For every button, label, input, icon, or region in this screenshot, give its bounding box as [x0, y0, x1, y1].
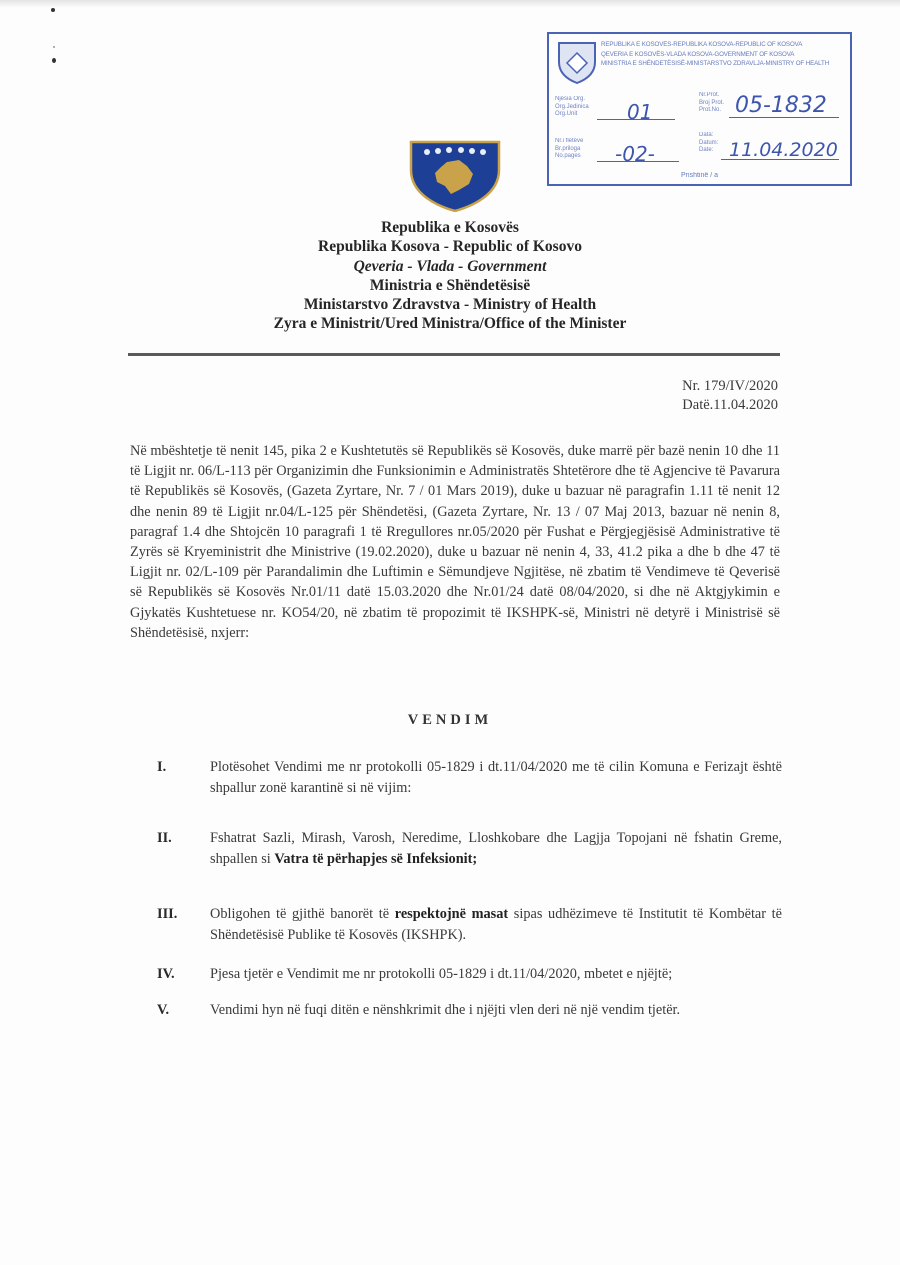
item-text: Obligohen të gjithë banorët të respektoj… [210, 904, 782, 945]
letterhead-line: Zyra e Ministrit/Ured Ministra/Office of… [0, 314, 900, 333]
item-emphasis: Vatra të përhapjes së Infeksionit; [274, 851, 477, 867]
registry-stamp: REPUBLIKA E KOSOVËS-REPUBLIKA KOSOVA-REP… [547, 32, 852, 186]
letterhead-line: Republika Kosova - Republic of Kosovo [0, 237, 900, 256]
stamp-city: Prishtinë / a [549, 172, 850, 179]
org-unit-labels: Njësia Org. Org.Jedinica Org.Unit [555, 96, 589, 119]
stamp-date: 11.04.2020 [729, 140, 838, 160]
letterhead-line: Qeveria - Vlada - Government [0, 257, 900, 276]
date-labels: Data: Datum: Date: [699, 132, 718, 155]
decision-item: IV. Pjesa tjetër e Vendimit me nr protok… [157, 964, 782, 985]
item-text: Vendimi hyn në fuqi ditën e nënshkrimit … [210, 1000, 782, 1021]
reference-number: Nr. 179/IV/2020 [682, 377, 778, 396]
decision-item: II. Fshatrat Sazli, Mirash, Varosh, Nere… [157, 828, 782, 869]
item-text: Pjesa tjetër e Vendimit me nr protokolli… [210, 964, 782, 985]
decision-item: I. Plotësohet Vendimi me nr protokolli 0… [157, 757, 782, 798]
scan-speck [53, 46, 55, 48]
scan-speck [52, 58, 56, 63]
attachments-value: -02- [615, 144, 655, 164]
stamp-header: REPUBLIKA E KOSOVËS-REPUBLIKA KOSOVA-REP… [601, 40, 849, 69]
header-divider [128, 353, 780, 356]
letterhead-line: Ministria e Shëndetësisë [0, 276, 900, 295]
kosovo-coat-of-arms-icon [407, 140, 503, 212]
item-number: V. [157, 1000, 169, 1021]
scan-speck [51, 8, 55, 12]
decision-item: III. Obligohen të gjithë banorët të resp… [157, 904, 782, 945]
item-text: Plotësohet Vendimi me nr protokolli 05-1… [210, 757, 782, 798]
item-text: Fshatrat Sazli, Mirash, Varosh, Neredime… [210, 828, 782, 869]
item-number: IV. [157, 964, 175, 985]
document-reference: Nr. 179/IV/2020 Datë.11.04.2020 [682, 377, 778, 415]
item-emphasis: respektojnë masat [395, 906, 508, 922]
letterhead: Republika e Kosovës Republika Kosova - R… [0, 218, 900, 334]
page-top-shadow [0, 0, 900, 8]
attachments-labels: Nr.i fletëve Br.priloga No.pages [555, 138, 583, 161]
kosovo-emblem-icon [557, 40, 597, 84]
protocol-labels: Nr.Prot. Broj Prot. Prot.No. [699, 92, 724, 115]
legal-preamble: Në mbështetje të nenit 145, pika 2 e Kus… [130, 441, 780, 643]
reference-date: Datë.11.04.2020 [682, 396, 778, 415]
item-number: I. [157, 757, 166, 778]
decision-title: VENDIM [0, 712, 900, 729]
item-number: II. [157, 828, 172, 849]
letterhead-line: Republika e Kosovës [0, 218, 900, 237]
letterhead-line: Ministarstvo Zdravstva - Ministry of Hea… [0, 295, 900, 314]
protocol-number: 05-1832 [735, 96, 827, 116]
item-number: III. [157, 904, 177, 925]
org-unit-value: 01 [627, 102, 652, 122]
decision-item: V. Vendimi hyn në fuqi ditën e nënshkrim… [157, 1000, 782, 1021]
